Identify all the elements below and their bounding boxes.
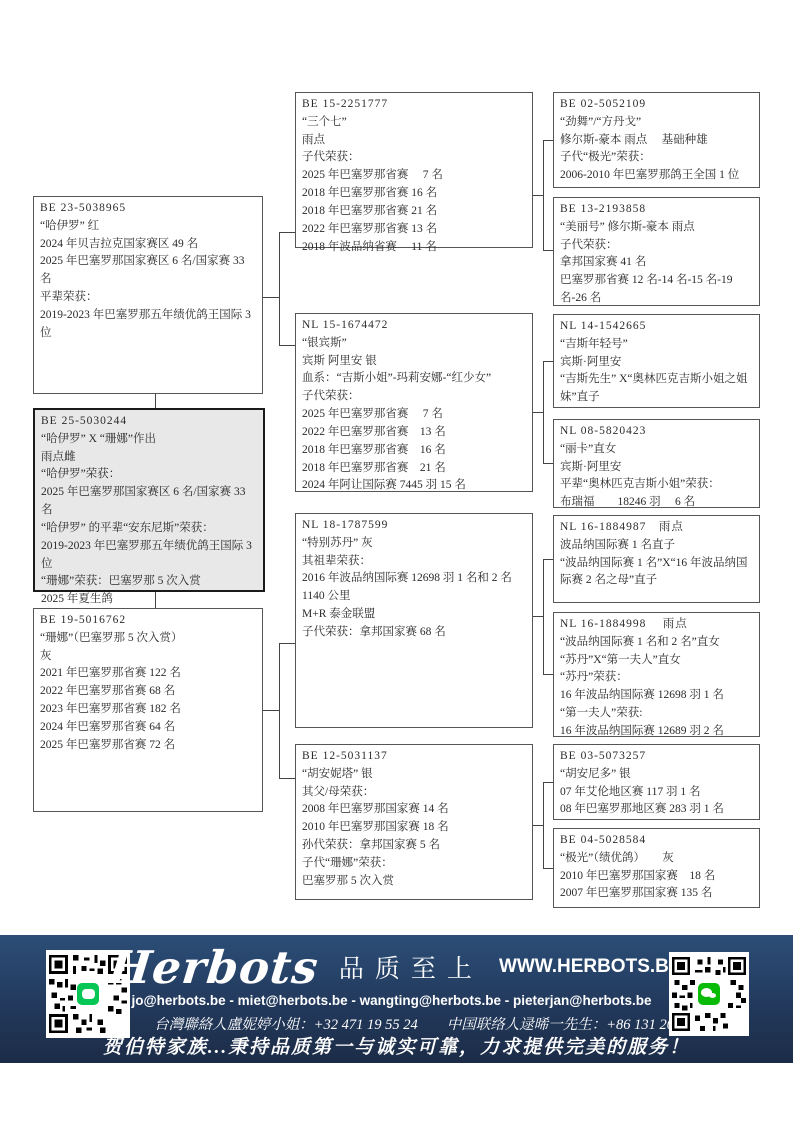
pedigree-text-line: 子代荣获：拿邦国家赛 68 名: [302, 624, 526, 642]
pedigree-box-sire: BE 23-5038965“哈伊罗” 红2024 年贝吉拉克国家赛区 49 名2…: [33, 196, 263, 394]
pedigree-text-line: 2018 年巴塞罗那省赛 21 名: [302, 460, 526, 478]
pedigree-text-line: “苏丹”X“第一夫人”直女: [560, 652, 753, 670]
pedigree-text-line: 2018 年巴塞罗那省赛 21 名: [302, 203, 526, 221]
pedigree-text-line: “哈伊罗” X “珊娜”作出: [41, 431, 257, 449]
pedigree-text-line: “胡安妮塔” 银: [302, 766, 526, 784]
pedigree-text-line: 2025 年巴塞罗那省赛 7 名: [302, 406, 526, 424]
footer-logo-row: Herbots 品质至上 WWW.HERBOTS.BE: [138, 941, 643, 993]
line-icon: [77, 983, 99, 1005]
pedigree-box-grandsire-1: BE 15-2251777“三个七”雨点子代荣获：2025 年巴塞罗那省赛 7 …: [295, 92, 533, 248]
pedigree-connector: [155, 394, 156, 408]
pedigree-text-line: 2007 年巴塞罗那国家赛 135 名: [560, 885, 753, 903]
pedigree-text-line: 2010 年巴塞罗那国家赛 18 名: [560, 868, 753, 886]
pedigree-text-line: 2010 年巴塞罗那国家赛 18 名: [302, 819, 526, 837]
footer-website: WWW.HERBOTS.BE: [499, 956, 682, 978]
pedigree-text-line: 其祖辈荣获：: [302, 553, 526, 571]
pedigree-box-ggparent-3: NL 14-1542665“吉斯年轻号”宾斯·阿里安“吉斯先生” X“奥林匹克吉…: [553, 314, 760, 408]
wechat-icon: [698, 983, 720, 1005]
pedigree-text-line: 2025 年夏生鸽: [41, 591, 257, 609]
pedigree-text-line: 子代“珊娜”荣获：: [302, 855, 526, 873]
pedigree-text-line: 16 年波品纳国际赛 12689 羽 2 名: [560, 723, 753, 741]
pedigree-text-line: 子代“极光”荣获：: [560, 149, 753, 167]
pedigree-connector: [543, 559, 544, 675]
pedigree-text-line: “哈伊罗” 红: [40, 218, 256, 236]
pedigree-text-line: 血系：“吉斯小姐”-玛莉安娜-“红少女”: [302, 370, 526, 388]
pedigree-text-line: 2025 年巴塞罗那省赛 72 名: [40, 737, 256, 755]
pedigree-text-line: 2025 年巴塞罗那省赛 7 名: [302, 167, 526, 185]
pedigree-connector: [543, 559, 553, 560]
herbots-logo: Herbots: [107, 941, 322, 994]
footer-tagline: 贺伯特家族...秉持品质第一与诚实可靠，力求提供完美的服务！: [25, 1032, 768, 1059]
pedigree-connector: [543, 782, 544, 869]
pedigree-connector: [279, 232, 280, 346]
wechat-qr-code: [669, 952, 749, 1036]
pedigree-text-line: 其父/母荣获：: [302, 784, 526, 802]
pedigree-text-line: 16 年波品纳国际赛 12698 羽 1 名: [560, 687, 753, 705]
pedigree-text-line: 平辈“奥林匹克吉斯小姐”荣获：: [560, 476, 753, 494]
pedigree-text-line: “银宾斯”: [302, 335, 526, 353]
footer-slogan: 品质至上: [339, 949, 483, 985]
pedigree-text-line: “劲舞”/“方丹戈”: [560, 114, 753, 132]
pedigree-connector: [279, 643, 280, 779]
pedigree-text-line: 巴塞罗那 5 次入赏: [302, 873, 526, 891]
pedigree-text-line: 雨点: [302, 132, 526, 150]
pedigree-text-line: 子代荣获：: [302, 149, 526, 167]
pedigree-text-line: BE 19-5016762: [40, 612, 256, 630]
pedigree-text-line: 2018 年波品纳省赛 11 名: [302, 239, 526, 257]
pedigree-box-ggparent-1: BE 02-5052109“劲舞”/“方丹戈”修尔斯-豪本 雨点 基础种雄子代“…: [553, 92, 760, 188]
pedigree-box-ggparent-5: NL 16-1884987 雨点波品纳国际赛 1 名直子“波品纳国际赛 1 名”…: [553, 515, 760, 603]
pedigree-connector: [543, 250, 553, 251]
pedigree-text-line: 2022 年巴塞罗那省赛 13 名: [302, 424, 526, 442]
pedigree-connector: [155, 592, 156, 608]
pedigree-text-line: “苏丹”荣获：: [560, 669, 753, 687]
pedigree-connector: [543, 782, 553, 783]
pedigree-box-grandsire-2: NL 18-1787599“特别苏丹” 灰其祖辈荣获：2016 年波品纳国际赛 …: [295, 513, 533, 728]
pedigree-text-line: BE 13-2193858: [560, 201, 753, 219]
pedigree-text-line: 宾斯·阿里安: [560, 459, 753, 477]
pedigree-text-line: “美丽号” 修尔斯-豪本 雨点: [560, 219, 753, 237]
pedigree-connector: [543, 361, 553, 362]
pedigree-text-line: NL 08-5820423: [560, 423, 753, 441]
pedigree-text-line: BE 03-5073257: [560, 748, 753, 766]
pedigree-text-line: “波品纳国际赛 1 名和 2 名”直女: [560, 634, 753, 652]
pedigree-text-line: 08 年巴塞罗那地区赛 283 羽 1 名: [560, 801, 753, 819]
pedigree-text-line: 宾斯 阿里安 银: [302, 353, 526, 371]
pedigree-box-subject: BE 25-5030244“哈伊罗” X “珊娜”作出雨点雌“哈伊罗”荣获：20…: [33, 408, 265, 592]
pedigree-text-line: 子代荣获：: [302, 388, 526, 406]
pedigree-text-line: 2018 年巴塞罗那省赛 16 名: [302, 185, 526, 203]
pedigree-text-line: 波品纳国际赛 1 名直子: [560, 537, 753, 555]
pedigree-text-line: “珊娜”荣获：巴塞罗那 5 次入赏: [41, 573, 257, 591]
pedigree-text-line: 2022 年巴塞罗那省赛 68 名: [40, 683, 256, 701]
pedigree-connector: [533, 412, 543, 413]
pedigree-text-line: “哈伊罗”荣获：: [41, 466, 257, 484]
pedigree-text-line: 2022 年巴塞罗那省赛 13 名: [302, 221, 526, 239]
pedigree-text-line: 2018 年巴塞罗那省赛 16 名: [302, 442, 526, 460]
pedigree-connector: [543, 140, 544, 251]
pedigree-text-line: 2024 年阿让国际赛 7445 羽 15 名: [302, 477, 526, 495]
pedigree-text-line: NL 15-1674472: [302, 317, 526, 335]
pedigree-box-granddam-1: NL 15-1674472“银宾斯”宾斯 阿里安 银血系：“吉斯小姐”-玛莉安娜…: [295, 313, 533, 492]
pedigree-text-line: “胡安尼多” 银: [560, 766, 753, 784]
pedigree-box-ggparent-6: NL 16-1884998 雨点“波品纳国际赛 1 名和 2 名”直女“苏丹”X…: [553, 612, 760, 737]
pedigree-connector: [279, 232, 295, 233]
pedigree-text-line: 巴塞罗那省赛 12 名-14 名-15 名-19 名-26 名: [560, 272, 753, 308]
pedigree-text-line: 2019-2023 年巴塞罗那五年绩优鸽王国际 3 位: [41, 538, 257, 574]
pedigree-connector: [543, 674, 553, 675]
pedigree-connector: [263, 297, 279, 298]
pedigree-box-ggparent-8: BE 04-5028584“极光”（绩优鸽） 灰2010 年巴塞罗那国家赛 18…: [553, 828, 760, 908]
pedigree-connector: [543, 463, 553, 464]
pedigree-box-ggparent-2: BE 13-2193858“美丽号” 修尔斯-豪本 雨点子代荣获：拿邦国家赛 4…: [553, 197, 760, 306]
pedigree-text-line: 2025 年巴塞罗那国家赛区 6 名/国家赛 33 名: [40, 253, 256, 289]
pedigree-text-line: “珊娜”（巴塞罗那 5 次入赏）: [40, 630, 256, 648]
pedigree-text-line: BE 23-5038965: [40, 200, 256, 218]
pedigree-text-line: 宾斯·阿里安: [560, 354, 753, 372]
pedigree-text-line: “吉斯先生” X“奥林匹克吉斯小姐之姐妹”直子: [560, 371, 753, 407]
pedigree-text-line: “特别苏丹” 灰: [302, 535, 526, 553]
pedigree-text-line: 雨点雌: [41, 449, 257, 467]
pedigree-text-line: “丽卡”直女: [560, 441, 753, 459]
pedigree-text-line: NL 16-1884987 雨点: [560, 519, 753, 537]
pedigree-text-line: 2024 年巴塞罗那省赛 64 名: [40, 719, 256, 737]
pedigree-text-line: BE 25-5030244: [41, 413, 257, 431]
pedigree-text-line: 2016 年波品纳国际赛 12698 羽 1 名和 2 名: [302, 570, 526, 588]
pedigree-connector: [279, 778, 295, 779]
pedigree-text-line: 子代荣获：: [560, 237, 753, 255]
pedigree-text-line: 布瑞福 18246 羽 6 名: [560, 494, 753, 512]
pedigree-text-line: 2019-2023 年巴塞罗那五年绩优鸽王国际 3 位: [40, 307, 256, 343]
pedigree-text-line: “哈伊罗” 的平辈“安东尼斯”荣获：: [41, 520, 257, 538]
pedigree-text-line: 1140 公里: [302, 588, 526, 606]
pedigree-text-line: M+R 泰金联盟: [302, 606, 526, 624]
pedigree-connector: [543, 361, 544, 464]
pedigree-text-line: 2024 年贝吉拉克国家赛区 49 名: [40, 236, 256, 254]
pedigree-text-line: “第一夫人”荣获:: [560, 705, 753, 723]
pedigree-text-line: 平辈荣获：: [40, 289, 256, 307]
pedigree-text-line: 2006-2010 年巴塞罗那鸽王全国 1 位: [560, 167, 753, 185]
footer-banner: Herbots 品质至上 WWW.HERBOTS.BE jo@herbots.b…: [0, 935, 793, 1063]
pedigree-page: BE 23-5038965“哈伊罗” 红2024 年贝吉拉克国家赛区 49 名2…: [0, 0, 793, 1122]
pedigree-text-line: 2021 年巴塞罗那省赛 122 名: [40, 665, 256, 683]
pedigree-text-line: “吉斯年轻号”: [560, 336, 753, 354]
pedigree-connector: [543, 140, 553, 141]
pedigree-text-line: 拿邦国家赛 41 名: [560, 254, 753, 272]
pedigree-text-line: 2023 年巴塞罗那省赛 182 名: [40, 701, 256, 719]
footer-contacts: 台灣聯絡人盧妮婷小姐：+32 471 19 55 24 中国联络人逯晞一先生：+…: [120, 1013, 753, 1034]
pedigree-connector: [533, 195, 543, 196]
pedigree-text-line: “三个七”: [302, 114, 526, 132]
pedigree-text-line: “极光”（绩优鸽） 灰: [560, 850, 753, 868]
pedigree-box-ggparent-7: BE 03-5073257“胡安尼多” 银07 年艾伦地区赛 117 羽 1 名…: [553, 744, 760, 820]
pedigree-connector: [543, 868, 553, 869]
pedigree-text-line: NL 14-1542665: [560, 318, 753, 336]
footer-emails: jo@herbots.be - miet@herbots.be - wangti…: [130, 993, 653, 1008]
pedigree-box-granddam-2: BE 12-5031137“胡安妮塔” 银其父/母荣获：2008 年巴塞罗那国家…: [295, 744, 533, 900]
pedigree-connector: [279, 643, 295, 644]
pedigree-text-line: BE 04-5028584: [560, 832, 753, 850]
pedigree-box-dam: BE 19-5016762“珊娜”（巴塞罗那 5 次入赏）灰2021 年巴塞罗那…: [33, 608, 263, 812]
pedigree-box-ggparent-4: NL 08-5820423“丽卡”直女宾斯·阿里安平辈“奥林匹克吉斯小姐”荣获：…: [553, 419, 760, 508]
pedigree-text-line: BE 15-2251777: [302, 96, 526, 114]
pedigree-text-line: NL 18-1787599: [302, 517, 526, 535]
pedigree-text-line: 孙代荣获：拿邦国家赛 5 名: [302, 837, 526, 855]
pedigree-text-line: 2008 年巴塞罗那国家赛 14 名: [302, 801, 526, 819]
pedigree-text-line: 07 年艾伦地区赛 117 羽 1 名: [560, 784, 753, 802]
pedigree-connector: [263, 710, 279, 711]
pedigree-connector: [533, 825, 543, 826]
pedigree-text-line: NL 16-1884998 雨点: [560, 616, 753, 634]
pedigree-text-line: BE 12-5031137: [302, 748, 526, 766]
pedigree-connector: [279, 345, 295, 346]
pedigree-text-line: 2025 年巴塞罗那国家赛区 6 名/国家赛 33 名: [41, 484, 257, 520]
pedigree-text-line: 灰: [40, 648, 256, 666]
pedigree-text-line: BE 02-5052109: [560, 96, 753, 114]
pedigree-text-line: 修尔斯-豪本 雨点 基础种雄: [560, 132, 753, 150]
pedigree-connector: [533, 616, 543, 617]
pedigree-text-line: “波品纳国际赛 1 名”X“16 年波品纳国际赛 2 名之母”直子: [560, 555, 753, 591]
